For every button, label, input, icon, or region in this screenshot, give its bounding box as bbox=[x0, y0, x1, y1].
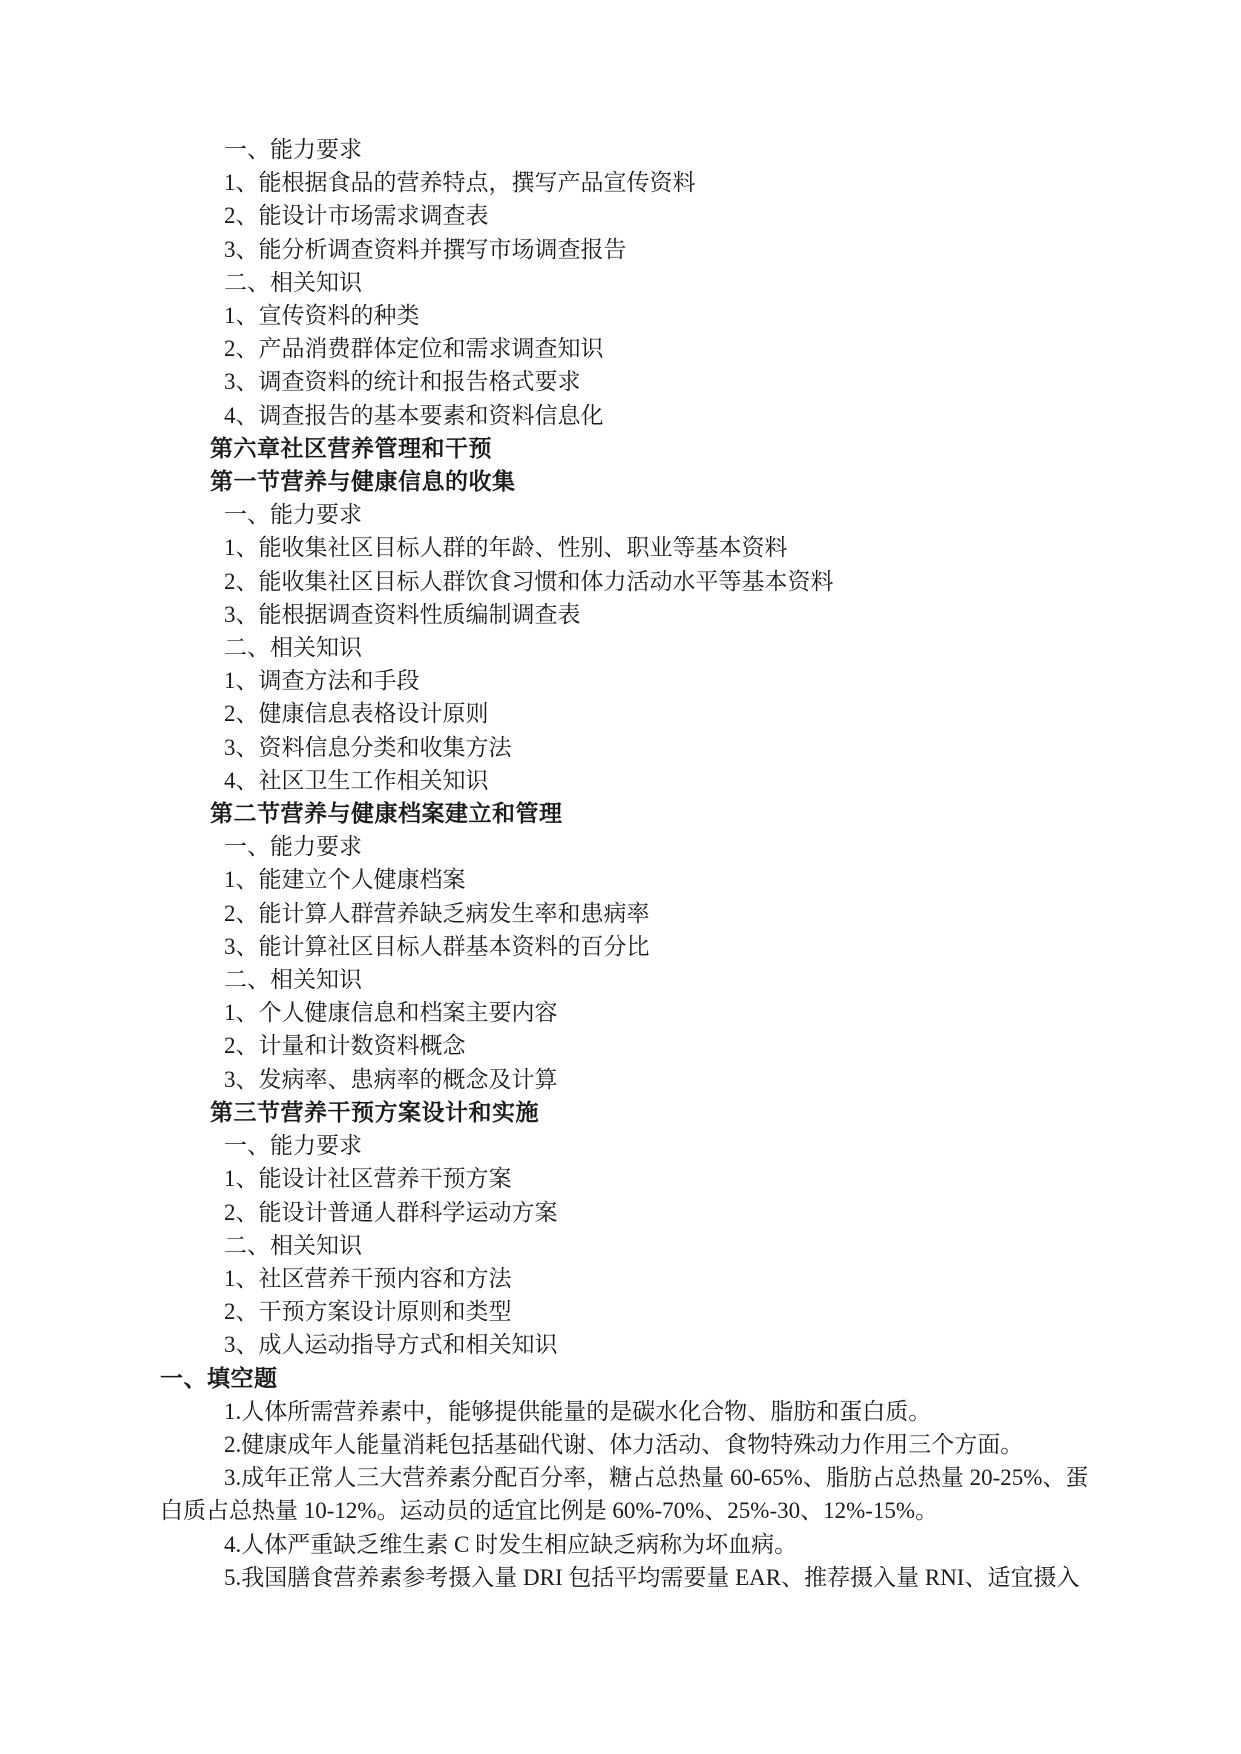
outline-item: 4、调查报告的基本要素和资料信息化 bbox=[160, 399, 1059, 432]
paragraph-line: 3.成年正常人三大营养素分配百分率，糖占总热量 60-65%、脂肪占总热量 20… bbox=[160, 1461, 1059, 1494]
paragraph-line: 2.健康成年人能量消耗包括基础代谢、体力活动、食物特殊动力作用三个方面。 bbox=[160, 1428, 1059, 1461]
document-page: 一、能力要求1、能根据食品的营养特点，撰写产品宣传资料2、能设计市场需求调查表3… bbox=[0, 0, 1241, 1754]
outline-item: 一、能力要求 bbox=[160, 1129, 1059, 1162]
document-content: 一、能力要求1、能根据食品的营养特点，撰写产品宣传资料2、能设计市场需求调查表3… bbox=[160, 133, 1059, 1594]
outline-item: 二、相关知识 bbox=[160, 1229, 1059, 1262]
outline-item: 2、能收集社区目标人群饮食习惯和体力活动水平等基本资料 bbox=[160, 565, 1059, 598]
outline-item: 3、能分析调查资料并撰写市场调查报告 bbox=[160, 233, 1059, 266]
section-heading: 第六章社区营养管理和干预 bbox=[160, 432, 1059, 465]
outline-item: 2、产品消费群体定位和需求调查知识 bbox=[160, 332, 1059, 365]
outline-item: 一、能力要求 bbox=[160, 830, 1059, 863]
paragraph-line: 5.我国膳食营养素参考摄入量 DRI 包括平均需要量 EAR、推荐摄入量 RNI… bbox=[160, 1561, 1059, 1594]
outline-item: 3、能根据调查资料性质编制调查表 bbox=[160, 598, 1059, 631]
outline-item: 一、能力要求 bbox=[160, 133, 1059, 166]
outline-item: 1、个人健康信息和档案主要内容 bbox=[160, 996, 1059, 1029]
outline-item: 二、相关知识 bbox=[160, 963, 1059, 996]
outline-item: 4、社区卫生工作相关知识 bbox=[160, 764, 1059, 797]
outline-item: 2、计量和计数资料概念 bbox=[160, 1029, 1059, 1062]
outline-item: 3、发病率、患病率的概念及计算 bbox=[160, 1063, 1059, 1096]
question-section-heading: 一、填空题 bbox=[160, 1362, 1059, 1395]
section-heading: 第三节营养干预方案设计和实施 bbox=[160, 1096, 1059, 1129]
outline-item: 二、相关知识 bbox=[160, 631, 1059, 664]
paragraph-line: 4.人体严重缺乏维生素 C 时发生相应缺乏病称为坏血病。 bbox=[160, 1528, 1059, 1561]
section-heading: 第二节营养与健康档案建立和管理 bbox=[160, 797, 1059, 830]
outline-item: 2、能计算人群营养缺乏病发生率和患病率 bbox=[160, 897, 1059, 930]
paragraph-line: 白质占总热量 10-12%。运动员的适宜比例是 60%-70%、25%-30、1… bbox=[160, 1494, 1059, 1527]
outline-item: 2、健康信息表格设计原则 bbox=[160, 697, 1059, 730]
outline-item: 1、宣传资料的种类 bbox=[160, 299, 1059, 332]
outline-item: 2、能设计普通人群科学运动方案 bbox=[160, 1196, 1059, 1229]
outline-item: 3、调查资料的统计和报告格式要求 bbox=[160, 365, 1059, 398]
outline-item: 1、能设计社区营养干预方案 bbox=[160, 1162, 1059, 1195]
outline-item: 1、能收集社区目标人群的年龄、性别、职业等基本资料 bbox=[160, 531, 1059, 564]
outline-item: 3、能计算社区目标人群基本资料的百分比 bbox=[160, 930, 1059, 963]
outline-item: 1、社区营养干预内容和方法 bbox=[160, 1262, 1059, 1295]
paragraph-line: 1.人体所需营养素中，能够提供能量的是碳水化合物、脂肪和蛋白质。 bbox=[160, 1395, 1059, 1428]
outline-item: 一、能力要求 bbox=[160, 498, 1059, 531]
outline-item: 1、能建立个人健康档案 bbox=[160, 863, 1059, 896]
section-heading: 第一节营养与健康信息的收集 bbox=[160, 465, 1059, 498]
outline-item: 2、能设计市场需求调查表 bbox=[160, 199, 1059, 232]
outline-item: 2、干预方案设计原则和类型 bbox=[160, 1295, 1059, 1328]
outline-item: 1、能根据食品的营养特点，撰写产品宣传资料 bbox=[160, 166, 1059, 199]
outline-item: 3、资料信息分类和收集方法 bbox=[160, 731, 1059, 764]
outline-item: 1、调查方法和手段 bbox=[160, 664, 1059, 697]
outline-item: 二、相关知识 bbox=[160, 266, 1059, 299]
outline-item: 3、成人运动指导方式和相关知识 bbox=[160, 1328, 1059, 1361]
